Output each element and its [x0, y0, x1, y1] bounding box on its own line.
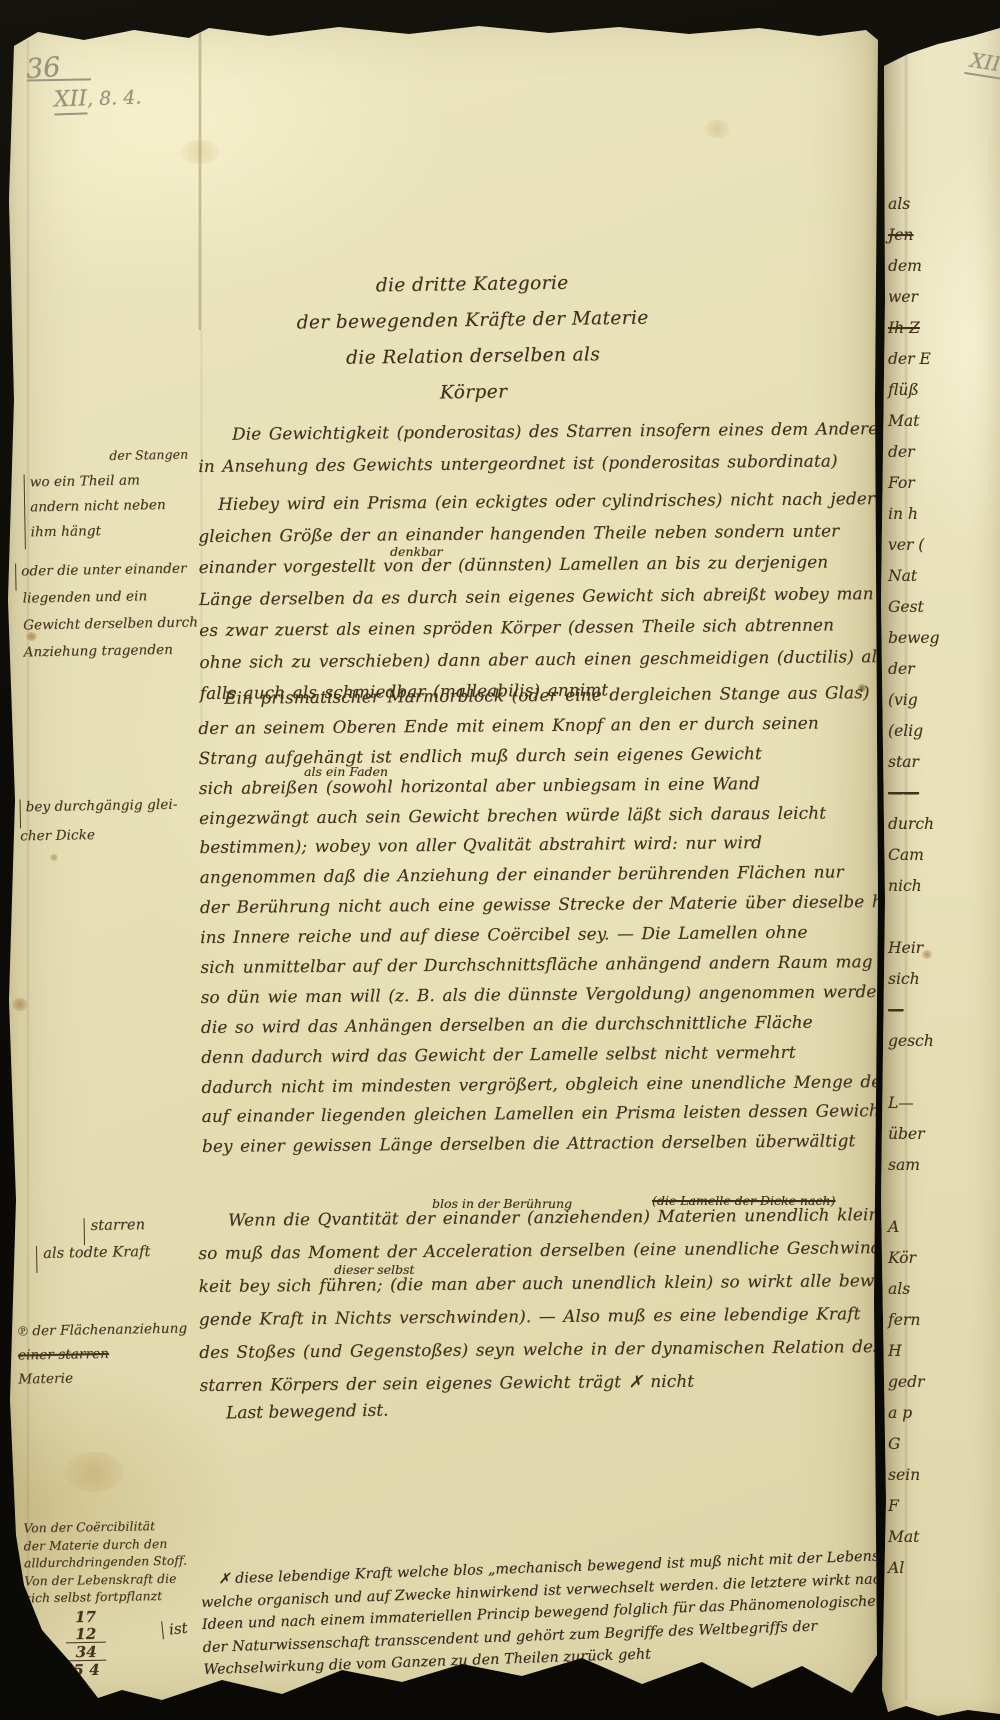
fragment-line: Al [888, 1559, 1000, 1590]
fragment-line: A [888, 1218, 1000, 1249]
paragraph-lebendige-kraft: Wenn die Qvantität der einander (anziehe… [198, 1204, 876, 1408]
stain-spot [64, 1452, 124, 1492]
fragment-line: wer [888, 288, 1000, 319]
fragment-line: gesch [888, 1032, 1000, 1063]
margin-note: ℗ der Flächenanziehungeiner starrenMater… [17, 1321, 188, 1396]
next-page-edge: XII alsJendemwerIh Zder EflüßMatderForin… [880, 0, 1000, 1720]
margin-note: der Stangenwo ein Theil amandern nicht n… [23, 447, 190, 550]
stain-spot [704, 120, 730, 138]
margin-note-line: der Stangen [23, 447, 188, 475]
fragment-line: G [888, 1435, 1000, 1466]
margin-note-line: Gewicht derselben durch [16, 614, 198, 644]
fragment-line: For [888, 474, 1000, 505]
fragment-line: beweg [888, 629, 1000, 660]
interlinear-insertion: als ein Faden [304, 764, 388, 779]
fragment-line: fern [888, 1311, 1000, 1342]
archive-mark-pencil: XII, 8. 4. [54, 84, 142, 112]
margin-note-line: Materie [18, 1369, 188, 1396]
fragment-line [888, 1063, 1000, 1094]
fragment-line: der [888, 443, 1000, 474]
paragraph-ponderositas: Die Gewichtigkeit (ponderositas) des Sta… [198, 418, 875, 488]
margin-note-line: als todte Kraft [36, 1244, 151, 1273]
heading-block: die dritte Kategorieder bewegenden Kräft… [189, 270, 757, 422]
next-page-text-fragments: alsJendemwerIh Zder EflüßMatderForin hve… [888, 195, 1000, 1590]
margin-note-line: sich selbst fortpflanzt [24, 1589, 187, 1609]
fragment-line [888, 1187, 1000, 1218]
heading-line: Körper [191, 378, 757, 422]
fragment-line: Nat [888, 567, 1000, 598]
fragment-line: dem [888, 257, 1000, 288]
margin-note-line: ℗ der Flächenanziehung [17, 1321, 187, 1348]
margin-note-line: andern nicht neben [24, 497, 189, 525]
text-line [202, 1160, 878, 1196]
margin-note-line: bey durchgängig glei- [20, 797, 178, 829]
fragment-line: sam [888, 1156, 1000, 1187]
fragment-line: L— [888, 1094, 1000, 1125]
fragment-line: als [888, 1280, 1000, 1311]
fragment-line: über [888, 1125, 1000, 1156]
fragment-line: durch [888, 815, 1000, 846]
fragment-line: Kör [888, 1249, 1000, 1280]
fragment-line: sich [888, 970, 1000, 1001]
convolut-numeral: XII [54, 86, 88, 115]
interlinear-insertion: denkbar [390, 544, 442, 559]
sum-number: 5 4 [66, 1661, 106, 1679]
fragment-line: (elig [888, 722, 1000, 753]
fragment-line: Cam [888, 846, 1000, 877]
margin-note-line: Anziehung tragenden [16, 641, 198, 671]
fragment-line: H [888, 1342, 1000, 1373]
margin-note: Von der Coërcibilitätder Materie durch d… [23, 1519, 188, 1609]
interlinear-insertion-struck: (die Lamelle der Dicke nach) [652, 1193, 835, 1208]
fragment-line: ver ( [888, 536, 1000, 567]
fragment-line: Heir [888, 939, 1000, 970]
fragment-line: flüß [888, 381, 1000, 412]
fragment-line: als [888, 195, 1000, 226]
fragment-line: nich [888, 877, 1000, 908]
fragment-line: Gest [888, 598, 1000, 629]
stain-spot [180, 140, 220, 164]
page-number-pencil: 36 [25, 50, 91, 83]
margin-note-line: liegenden und ein [16, 587, 198, 617]
stain-spot [12, 998, 28, 1011]
fragment-line: in h [888, 505, 1000, 536]
paragraph-prisma: Hiebey wird ein Prisma (ein eckigtes ode… [198, 488, 876, 714]
fragment-line: gedr [888, 1373, 1000, 1404]
margin-note-line: einer starren [18, 1345, 188, 1372]
closing-line: Last bewegend ist. [226, 1401, 389, 1424]
manuscript-scan: 36 XII, 8. 4. die dritte Kategorieder be… [0, 0, 1000, 1720]
footnote-block: ✗ diese lebendige Kraft welche blos „mec… [200, 1549, 876, 1685]
sum-number: 12 [66, 1625, 106, 1644]
fragment-line: F [888, 1497, 1000, 1528]
manuscript-sheet: 36 XII, 8. 4. die dritte Kategorieder be… [4, 0, 878, 1716]
text-line: in Ansehung des Gewichts untergeordnet i… [198, 450, 874, 488]
fragment-line: Ih Z [888, 319, 1000, 350]
margin-note-line: wo ein Theil am [24, 472, 189, 500]
fragment-line: sein [888, 1466, 1000, 1497]
fragment-line: (vig [888, 691, 1000, 722]
margin-note-line: oder die unter einander [15, 560, 197, 590]
fragment-line: der E [888, 350, 1000, 381]
fragment-line: star [888, 753, 1000, 784]
fragment-line: Mat [888, 412, 1000, 443]
margin-note-line: ihm hängt [24, 522, 189, 550]
fragment-line: Mat [888, 1528, 1000, 1559]
sheet-section: , 8. 4. [87, 86, 142, 110]
fragment-line [888, 908, 1000, 939]
margin-sum-column: 1712345 4 [65, 1608, 106, 1679]
interlinear-insertion: blos in der Berührung [432, 1196, 572, 1211]
sum-number: 17 [65, 1608, 105, 1626]
fragment-line: Jen [888, 226, 1000, 257]
paragraph-marmorblock: Ein prismatischer Marmorblock (oder eine… [198, 682, 878, 1196]
fragment-line: — [888, 1001, 1000, 1032]
next-page-number-pencil: XII [964, 47, 1000, 80]
fragment-line: —— [888, 784, 1000, 815]
fragment-line: der [888, 660, 1000, 691]
interlinear-insertion: dieser selbst [334, 1262, 414, 1277]
margin-note: starrenals todte Kraft [36, 1217, 151, 1273]
fragment-line: a p [888, 1404, 1000, 1435]
margin-ist-mark: ist [161, 1619, 188, 1640]
margin-note-line: cher Dicke [20, 826, 178, 858]
margin-note-line: starren [84, 1217, 151, 1245]
sum-number: 34 [66, 1643, 106, 1662]
margin-note: oder die unter einanderliegenden und ein… [15, 560, 199, 671]
margin-note: bey durchgängig glei-cher Dicke [20, 797, 179, 858]
